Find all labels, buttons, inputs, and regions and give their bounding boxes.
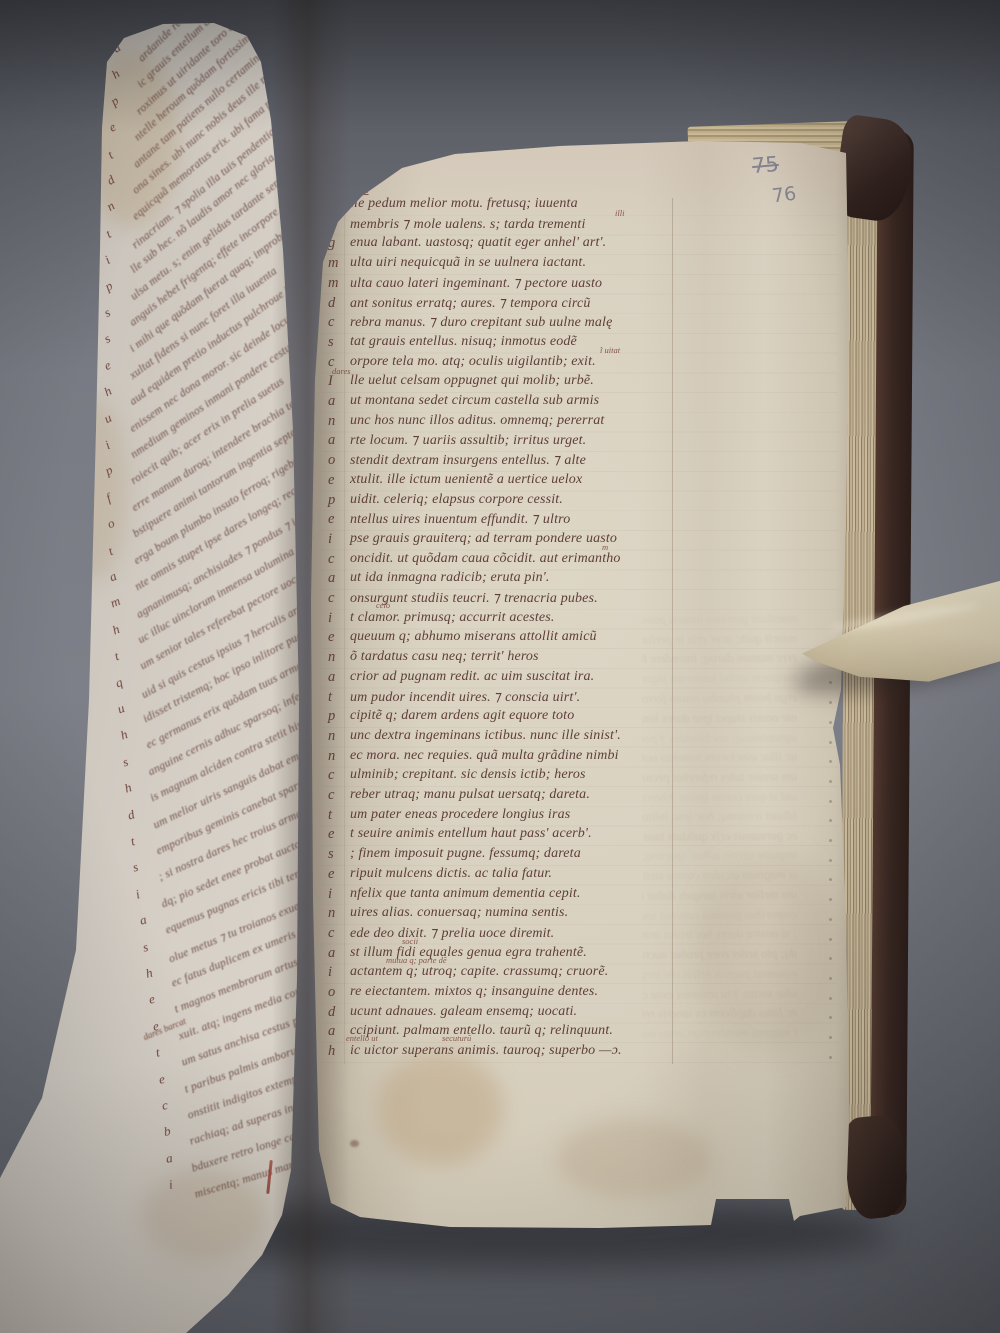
manuscript-line: it clamor. primusq; accurrit acestes.cel… — [326, 610, 696, 630]
line-text: rte locum. ⁊ uariis assultib; irritus ur… — [350, 432, 586, 449]
pricking-hole — [829, 1036, 832, 1039]
line-initial: q — [113, 674, 125, 691]
line-initial: p — [328, 708, 335, 725]
line-initial: f — [103, 490, 113, 506]
line-text: tat grauis entellus. nisuq; inmotus eodẽ — [350, 334, 577, 350]
pricking-hole — [829, 721, 832, 724]
line-initial: s — [131, 859, 140, 876]
manuscript-line: et seuire animis entellum haut pass' ace… — [326, 826, 696, 846]
line-initial: s — [120, 754, 130, 771]
manuscript-line: corpore tela mo. atq; oculis uigilantib;… — [326, 354, 696, 374]
line-initial: n — [328, 649, 335, 666]
interlinear-gloss: secuturũ — [442, 1033, 471, 1043]
line-initial: n — [328, 748, 335, 765]
line-text: um pudor incendit uires. ⁊ conscia uirt'… — [350, 689, 580, 706]
line-initial: h — [110, 621, 122, 638]
line-initial: h — [144, 965, 154, 982]
line-initial: h — [118, 727, 130, 744]
line-text: ut montana sedet circum castella sub arm… — [350, 393, 599, 409]
line-initial: e — [101, 357, 114, 374]
manuscript-line: s; finem imposuit pugne. fessumq; dareta — [326, 846, 696, 866]
line-initial: n — [328, 905, 335, 922]
line-initial: h — [101, 383, 114, 400]
line-initial: g — [328, 235, 335, 252]
line-text: xtulit. ille ictum uenientẽ a uertice ue… — [350, 472, 582, 488]
line-initial: e — [328, 629, 335, 646]
line-text: ccipiunt. palmam entello. taurũ q; relin… — [350, 1023, 613, 1039]
manuscript-line: ipse grauis grauiterq; ad terram pondere… — [326, 531, 696, 551]
manuscript-line: hic uictor superans animis. tauroq; supe… — [326, 1043, 696, 1063]
line-text: unc dextra ingeminans ictibus. nunc ille… — [350, 728, 621, 744]
line-initial: h — [328, 1043, 335, 1060]
stain — [556, 1118, 711, 1200]
line-initial: s — [328, 334, 334, 351]
interlinear-gloss: socii — [402, 936, 418, 946]
manuscript-line: dant sonitus erratq; aures. ⁊ tempora ci… — [326, 295, 696, 315]
line-initial: c — [328, 551, 335, 568]
ink-spot — [350, 1140, 359, 1147]
manuscript-line: concidit. ut quõdam caua cõcidit. aut er… — [326, 551, 696, 571]
line-initial: i — [134, 886, 142, 902]
line-initial: i — [102, 252, 113, 268]
line-text: orpore tela mo. atq; oculis uigilantib; … — [350, 354, 596, 370]
line-initial: e — [148, 991, 157, 1008]
line-initial: s — [101, 305, 113, 321]
line-initial: t — [105, 147, 117, 162]
interlinear-gloss: entello ut — [346, 1033, 378, 1043]
line-text: cipitẽ q; darem ardens agit equore toto — [350, 708, 574, 724]
line-text: ulta uiri nequicquã in se uulnera iactan… — [350, 255, 586, 271]
line-text: ic uictor superans animis. tauroq; super… — [350, 1043, 622, 1059]
manuscript-line: nõ tardatus casu neq; territ' heros — [326, 649, 696, 669]
line-text: ut ida inmagna radicib; eruta pin'. — [350, 570, 550, 586]
line-initial: a — [137, 912, 147, 929]
line-initial: c — [328, 767, 335, 784]
pricking-hole — [829, 741, 832, 744]
line-text: lle uelut celsam oppugnet qui molib; urb… — [350, 373, 594, 389]
line-initial: a — [328, 945, 335, 962]
manuscript-line: extulit. ille ictum uenientẽ a uertice u… — [326, 472, 696, 492]
manuscript-line: eripuit mulcens dictis. ac talia fatur. — [326, 866, 696, 886]
line-initial: e — [328, 866, 335, 883]
line-initial: h — [123, 780, 134, 797]
interlinear-gloss: celo — [376, 600, 390, 610]
line-initial: t — [103, 226, 114, 242]
manuscript-line: tum pater eneas procedere longius iras — [326, 807, 696, 827]
line-initial: p — [328, 492, 335, 509]
line-initial: m — [108, 593, 123, 611]
manuscript-line: pcipitẽ q; darem ardens agit equore toto — [326, 708, 696, 728]
manuscript-line: multa cauo lateri ingeminant. ⁊ pectore … — [326, 275, 696, 295]
manuscript-line: equeuum q; abhumo miserans attollit amic… — [326, 629, 696, 649]
manuscript-line: Ille pedum melior motu. fretusq; iuuenta… — [326, 196, 696, 216]
line-initial: n — [328, 413, 335, 430]
line-initial: h — [328, 216, 335, 233]
line-initial: h — [108, 66, 123, 83]
line-initial: s — [101, 331, 113, 347]
line-initial: t — [112, 648, 121, 664]
line-text: um pater eneas procedere longius iras — [350, 807, 570, 823]
line-text: t clamor. primusq; accurrit acestes. — [350, 610, 555, 626]
line-text: ulminib; crepitant. sic densis ictib; he… — [350, 767, 586, 783]
line-initial: d — [104, 172, 118, 189]
line-initial: e — [158, 1071, 167, 1088]
line-initial: e — [328, 472, 335, 489]
stain — [378, 1052, 503, 1164]
line-initial: n — [328, 728, 335, 745]
pricking-hole — [829, 918, 832, 921]
line-initial: d — [109, 40, 124, 57]
line-text: ulta cauo lateri ingeminant. ⁊ pectore u… — [350, 275, 602, 292]
manuscript-line: aut ida inmagna radicib; eruta pin'. — [326, 570, 696, 590]
line-initial: a — [328, 570, 335, 587]
line-text: membris ⁊ mole ualens. s; tarda trementi — [350, 216, 586, 233]
line-initial: t — [328, 807, 332, 824]
line-initial: u — [116, 700, 128, 717]
manuscript-line: aut montana sedet circum castella sub ar… — [326, 393, 696, 413]
line-initial: o — [328, 984, 335, 1001]
line-initial: e — [328, 511, 335, 528]
line-initial: e — [328, 826, 335, 843]
pricking-hole — [829, 977, 832, 980]
line-initial: p — [102, 277, 116, 294]
line-initial: a — [328, 1023, 335, 1040]
line-initial: t — [128, 833, 136, 849]
line-text: reber utraq; manu pulsat uersatq; dareta… — [350, 787, 590, 803]
line-initial: d — [328, 295, 335, 312]
line-initial: i — [328, 964, 332, 981]
pricking-hole — [829, 859, 832, 862]
line-text: oncidit. ut quõdam caua cõcidit. aut eri… — [350, 551, 621, 567]
line-text: stendit dextram insurgens entellus. ⁊ al… — [350, 452, 586, 469]
manuscript-line: ostendit dextram insurgens entellus. ⁊ a… — [326, 452, 696, 472]
line-text: ; finem imposuit pugne. fessumq; dareta — [350, 846, 581, 862]
pricking-hole — [829, 997, 832, 1000]
manuscript-line: ducunt adnaues. galeam ensemq; uocati. — [326, 1004, 696, 1024]
manuscript-line: entellus uires inuentum effundit. ⁊ ultr… — [326, 511, 696, 531]
manuscript-line: stat grauis entellus. nisuq; inmotus eod… — [326, 334, 696, 354]
line-initial: o — [328, 452, 335, 469]
manuscript-line: acrior ad pugnam redit. ac uim suscitat … — [326, 669, 696, 689]
line-initial: a — [165, 1150, 174, 1167]
line-initial: s — [141, 939, 150, 956]
line-initial: p — [103, 462, 116, 479]
line-initial: c — [328, 590, 335, 607]
line-initial: m — [328, 255, 339, 272]
line-text: rebra manus. ⁊ duro crepitant sub uulne … — [350, 314, 612, 331]
line-initial: I — [328, 196, 333, 213]
line-initial: c — [328, 787, 335, 804]
line-text: ede deo dixit. ⁊ prelia uoce diremit. — [350, 925, 554, 942]
manuscript-line: culminib; crepitant. sic densis ictib; h… — [326, 767, 696, 787]
line-text: crior ad pugnam redit. ac uim suscitat i… — [350, 669, 594, 685]
pricking-hole — [829, 800, 832, 803]
line-initial: i — [328, 886, 332, 903]
line-text: uires alias. conuersaq; numina sentis. — [350, 905, 568, 921]
line-initial: u — [102, 410, 115, 427]
manuscript-line: multa uiri nequicquã in se uulnera iacta… — [326, 255, 696, 275]
line-text: queuum q; abhumo miserans attollit amicũ — [350, 629, 597, 645]
line-initial: p — [107, 93, 121, 110]
pricking-hole — [829, 780, 832, 783]
line-initial: c — [160, 1097, 169, 1114]
interlinear-gloss: dares — [350, 185, 369, 195]
foliation-number-current: 76 — [771, 183, 798, 208]
line-initial: i — [102, 437, 112, 453]
line-initial: e — [106, 119, 120, 135]
manuscript-line: genua labant. uastosq; quatit eger anhel… — [326, 235, 696, 255]
line-text: pse grauis grauiterq; ad terram pondere … — [350, 531, 617, 547]
line-text: ntellus uires inuentum effundit. ⁊ ultro — [350, 511, 570, 528]
manuscript-line: nec mora. nec requies. quã multa grãdine… — [326, 748, 696, 768]
line-initial: d — [328, 1004, 335, 1021]
line-text: ucunt adnaues. galeam ensemq; uocati. — [350, 1004, 577, 1020]
foliation-number-struck: 75 — [751, 152, 780, 178]
line-initial: d — [125, 806, 136, 823]
manuscript-line: hmembris ⁊ mole ualens. s; tarda trement… — [326, 216, 696, 236]
manuscript-photograph: ardanide reddiq; uiro promissa iubebantd… — [0, 0, 1000, 1333]
pricking-hole — [829, 1056, 832, 1059]
manuscript-line: cede deo dixit. ⁊ prelia uoce diremit. — [326, 925, 696, 945]
line-text: enua labant. uastosq; quatit eger anhel'… — [350, 235, 606, 251]
line-initial: t — [155, 1045, 162, 1061]
line-text: actantem q; utroq; capite. crassumq; cru… — [350, 964, 608, 980]
line-initial: i — [328, 610, 332, 627]
interlinear-gloss: ĩ uitat — [600, 345, 620, 355]
manuscript-line: arte locum. ⁊ uariis assultib; irritus u… — [326, 432, 696, 452]
manuscript-line: puidit. celeriq; elapsus corpore cessit. — [326, 492, 696, 512]
line-initial: c — [328, 314, 335, 331]
manuscript-line: nuires alias. conuersaq; numina sentis. — [326, 905, 696, 925]
line-initial: t — [328, 689, 332, 706]
interlinear-gloss: m — [602, 542, 608, 552]
line-text: lle pedum melior motu. fretusq; iuuenta — [350, 196, 578, 212]
line-initial: i — [168, 1177, 174, 1193]
line-initial: c — [328, 925, 335, 942]
manuscript-line: nunc dextra ingeminans ictibus. nunc ill… — [326, 728, 696, 748]
line-initial: i — [328, 531, 332, 548]
manuscript-line: ore eiectantem. mixtos q; insanguine den… — [326, 984, 696, 1004]
manuscript-line: iactantem q; utroq; capite. crassumq; cr… — [326, 964, 696, 984]
line-text: ripuit mulcens dictis. ac talia fatur. — [350, 866, 552, 882]
line-text: nfelix que tanta animum dementia cepit. — [350, 886, 581, 902]
stain — [58, 398, 128, 583]
line-text: uidit. celeriq; elapsus corpore cessit. — [350, 492, 563, 508]
line-initial: a — [107, 568, 119, 585]
line-initial: a — [328, 669, 335, 686]
line-text: ec mora. nec requies. quã multa grãdine … — [350, 748, 619, 764]
line-text: re eiectantem. mixtos q; insanguine dent… — [350, 984, 598, 1000]
manuscript-line: crebra manus. ⁊ duro crepitant sub uulne… — [326, 314, 696, 334]
interlinear-gloss: mutua q; parte dẽ — [386, 955, 447, 965]
manuscript-line: infelix que tanta animum dementia cepit. — [326, 886, 696, 906]
interlinear-gloss: dares — [332, 366, 351, 376]
line-text: ant sonitus erratq; aures. ⁊ tempora cir… — [350, 295, 591, 312]
manuscript-line: ast illum fidi equales genua egra trahen… — [326, 945, 696, 965]
line-initial: o — [104, 515, 117, 532]
line-initial: a — [328, 393, 335, 410]
manuscript-line: accipiunt. palmam entello. taurũ q; reli… — [326, 1023, 696, 1043]
line-text: unc hos nunc illos aditus. omnemq; perer… — [350, 413, 604, 429]
interlinear-gloss: illi — [615, 208, 624, 218]
manuscript-line: tum pudor incendit uires. ⁊ conscia uirt… — [326, 689, 696, 709]
line-initial: s — [328, 846, 334, 863]
line-initial: a — [328, 432, 335, 449]
line-initial: t — [105, 543, 115, 559]
line-initial: n — [103, 198, 117, 215]
pricking-hole — [829, 839, 832, 842]
line-text: õ tardatus casu neq; territ' heros — [350, 649, 539, 665]
manuscript-line: creber utraq; manu pulsat uersatq; daret… — [326, 787, 696, 807]
pricking-hole — [829, 938, 832, 941]
line-initial: m — [328, 275, 339, 292]
manuscript-line: nunc hos nunc illos aditus. omnemq; pere… — [326, 413, 696, 433]
manuscript-line: Ille uelut celsam oppugnet qui molib; ur… — [326, 373, 696, 393]
line-text: t seuire animis entellum haut pass' acer… — [350, 826, 592, 842]
line-initial: b — [163, 1123, 172, 1140]
